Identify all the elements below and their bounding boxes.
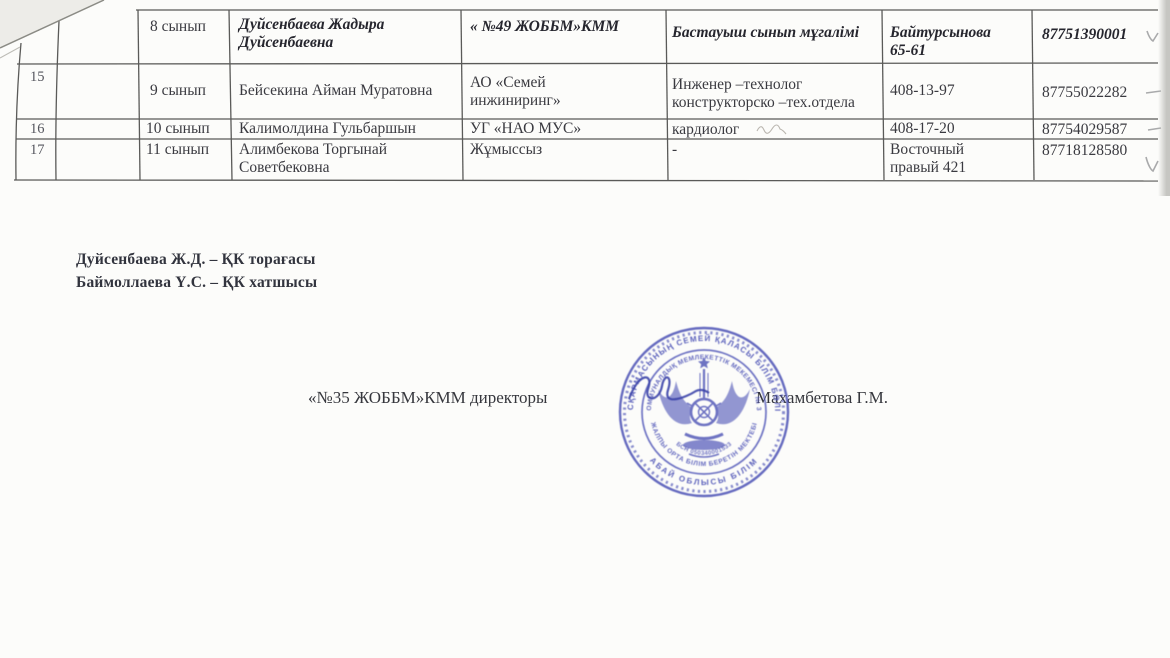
- phone-cell: 87751390001: [1042, 26, 1167, 44]
- position-cell: -: [672, 141, 884, 159]
- phone-cell: 87754029587: [1042, 121, 1167, 139]
- name-cell: Дуйсенбаева Жадыра Дуйсенбаевна: [239, 16, 454, 52]
- name-cell: Алимбекова Торгынай Советбековна: [239, 141, 457, 177]
- grade-cell: 9 сынып: [150, 82, 228, 100]
- official-stamp: БАСҚАРМАСЫНЫҢ СЕМЕЙ ҚАЛАСЫ БІЛІМ БӨЛІМІ …: [601, 309, 807, 515]
- address-cell: Байтурсынова 65-61: [890, 24, 1028, 60]
- position-cell: Инженер –технолог конструкторско –тех.от…: [672, 76, 884, 112]
- address-cell: 408-13-97: [890, 82, 1028, 100]
- workplace-cell: УГ «НАО МУС»: [470, 120, 655, 138]
- row-number: 17: [30, 141, 45, 159]
- workplace-cell: Жұмыссыз: [470, 141, 655, 159]
- phone-cell: 87755022282: [1042, 84, 1167, 102]
- row-number: 16: [30, 120, 45, 138]
- position-cell: Бастауыш сынып мұгалімі: [672, 24, 880, 42]
- scan-page-edge-shadow: [1158, 0, 1170, 196]
- row-number: 14: [26, 18, 41, 36]
- grade-cell: 10 сынып: [146, 120, 228, 138]
- grade-cell: 11 сынып: [146, 141, 228, 159]
- phone-cell: 87718128580: [1042, 142, 1167, 160]
- grade-cell: 8 сынып: [150, 18, 228, 36]
- page-corner-triangle: [0, 0, 104, 48]
- page-edge-line: [0, 0, 104, 48]
- scanned-document-page: 14 8 сынып Дуйсенбаева Жадыра Дуйсенбаев…: [0, 0, 1170, 658]
- address-cell: 408-17-20: [890, 120, 1028, 138]
- address-cell: Восточный правый 421: [890, 141, 1028, 177]
- emblem-banner: [683, 440, 725, 450]
- workplace-cell: АО «Семей инжиниринг»: [470, 74, 655, 110]
- director-label: «№35 ЖОББМ»КММ директоры: [308, 388, 547, 408]
- row-number: 15: [30, 68, 45, 86]
- workplace-cell: « №49 ЖОББМ»КММ: [470, 18, 655, 36]
- name-cell: Калимолдина Гульбаршын: [239, 120, 457, 138]
- signatory-secretary-line: Баймоллаева Ү.С. – ҚК хатшысы: [76, 274, 317, 292]
- page-edge-echo-line: [0, 47, 20, 58]
- position-cell: кардиолог: [672, 121, 884, 139]
- name-cell: Бейсекина Айман Муратовна: [239, 82, 457, 100]
- signatory-chairman-line: Дуйсенбаева Ж.Д. – ҚК торағасы: [76, 251, 316, 269]
- signature-stroke: [629, 377, 709, 399]
